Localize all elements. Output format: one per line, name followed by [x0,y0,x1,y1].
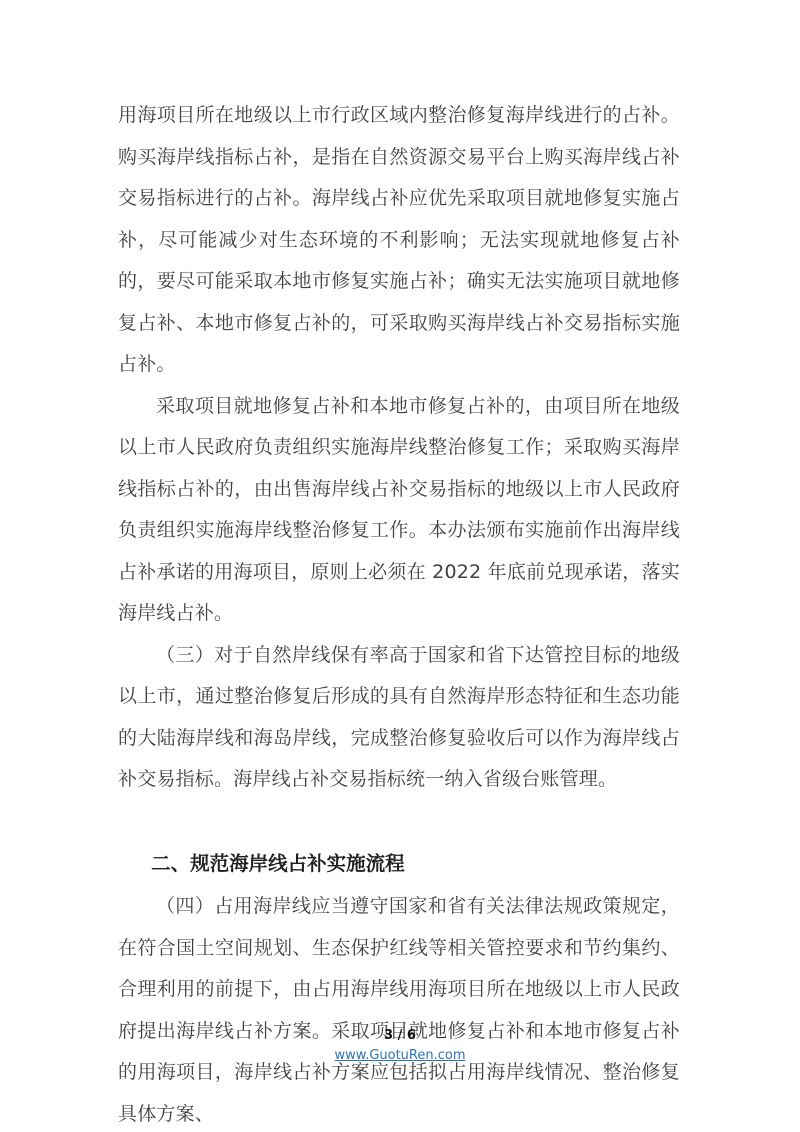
paragraph: 采取项目就地修复占补和本地市修复占补的，由项目所在地级以上市人民政府负责组织实施… [118,386,680,635]
footer-link[interactable]: www.GuotuRen.com [334,1048,465,1064]
paragraph-item-three: （三）对于自然岸线保有率高于国家和省下达管控目标的地级以上市，通过整治修复后形成… [118,635,680,801]
page-number: 3 / 6 [0,1028,800,1044]
page-footer: 3 / 6 www.GuotuRen.com [0,1028,800,1064]
paragraph-continuation: 用海项目所在地级以上市行政区域内整治修复海岸线进行的占补。购买海岸线指标占补，是… [118,95,680,386]
document-page: 用海项目所在地级以上市行政区域内整治修复海岸线进行的占补。购买海岸线指标占补，是… [0,0,800,1132]
section-heading: 二、规范海岸线占补实施流程 [118,843,680,885]
document-body: 用海项目所在地级以上市行政区域内整治修复海岸线进行的占补。购买海岸线指标占补，是… [118,95,680,1132]
paragraph-item-four: （四）占用海岸线应当遵守国家和省有关法律法规政策规定，在符合国土空间规划、生态保… [118,886,680,1132]
